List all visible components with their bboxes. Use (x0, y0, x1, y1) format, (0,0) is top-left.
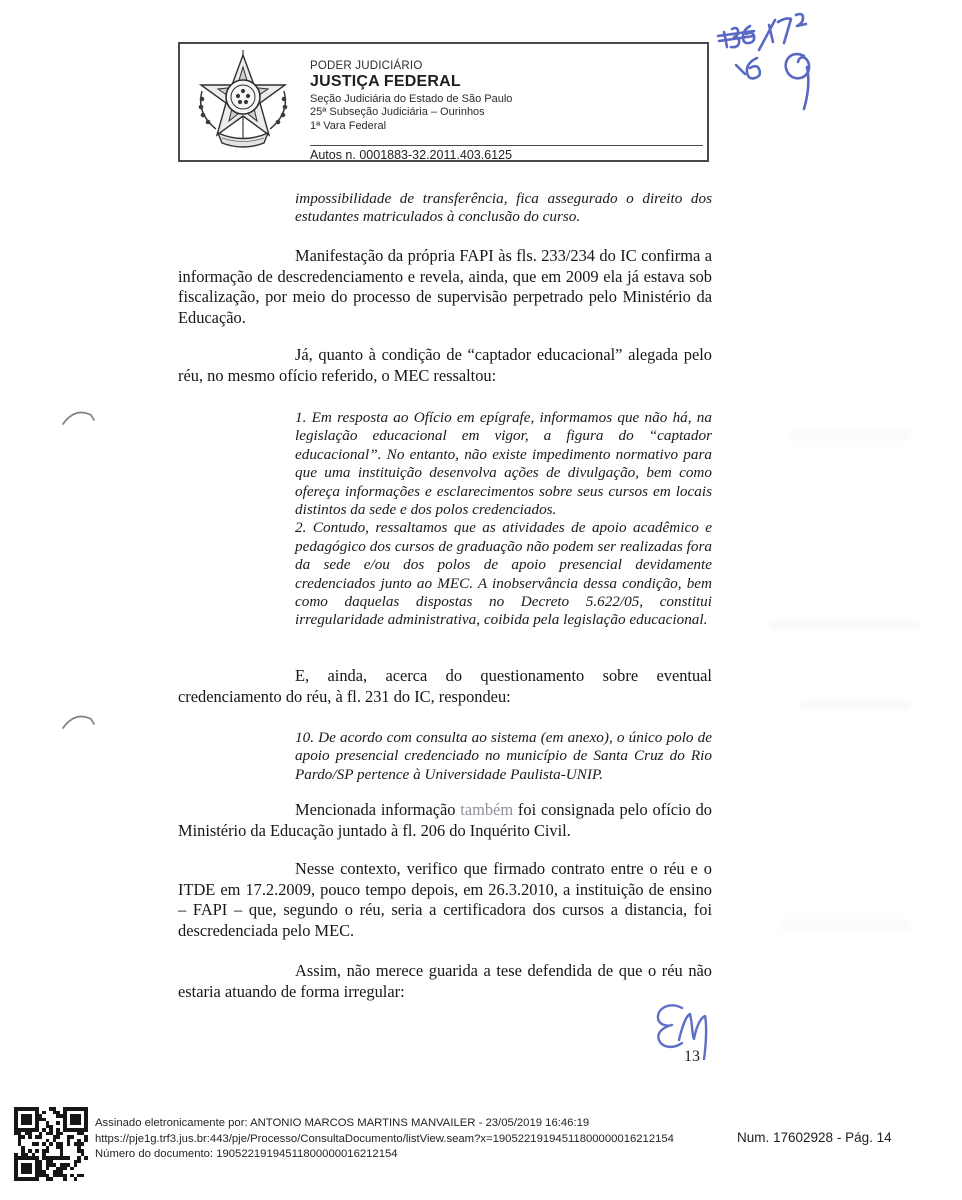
header-divider (310, 145, 703, 146)
qr-code (14, 1107, 88, 1181)
quote-item-2: 2. Contudo, ressaltamos que as atividade… (295, 519, 712, 629)
small-number-6 (736, 58, 760, 78)
paragraph-mencionada-faded-word: também (460, 800, 513, 819)
pencil-arc-mark (59, 707, 101, 737)
court-header: PODER JUDICIÁRIO JUSTIÇA FEDERAL Seção J… (178, 42, 709, 162)
case-number: Autos n. 0001883-32.2011.403.6125 (310, 148, 512, 162)
header-justica-federal: JUSTIÇA FEDERAL (310, 73, 701, 91)
bleed-through (780, 920, 910, 930)
verification-url: https://pje1g.trf3.jus.br:443/pje/Proces… (95, 1132, 715, 1148)
page-number: 13 (684, 1048, 700, 1066)
block-quote-mec-items: 1. Em resposta ao Ofício em epígrafe, in… (295, 409, 712, 630)
paragraph-questionamento: E, ainda, acerca do questionamento sobre… (178, 666, 712, 707)
struck-number-136 (718, 26, 754, 47)
rubric-loop (786, 54, 809, 109)
paragraph-contrato: Nesse contexto, verifico que firmado con… (178, 859, 712, 941)
signed-by-line: Assinado eletronicamente por: ANTONIO MA… (95, 1116, 715, 1132)
document-number-line: Número do documento: 1905221919451180000… (95, 1147, 715, 1163)
bleed-through (800, 700, 910, 710)
block-quote-item-10: 10. De acordo com consulta ao sistema (e… (295, 729, 712, 784)
pencil-arc-mark (59, 403, 101, 433)
header-vara: 1ª Vara Federal (310, 120, 701, 132)
handwritten-initials-em (646, 998, 720, 1060)
paragraph-manifestacao: Manifestação da própria FAPI às fls. 233… (178, 246, 712, 328)
paragraph-captador: Já, quanto à condição de “captador educa… (178, 345, 712, 386)
pje-page-reference: Num. 17602928 - Pág. 14 (737, 1130, 892, 1145)
bleed-through (790, 430, 910, 440)
brazil-coat-of-arms (188, 47, 298, 157)
block-quote-transfer: impossibilidade de transferência, fica a… (295, 190, 712, 227)
number-172 (759, 14, 806, 50)
header-subsecao: 25ª Subseção Judiciária – Ourinhos (310, 106, 701, 118)
header-poder-judiciario: PODER JUDICIÁRIO (310, 60, 701, 72)
bleed-through (770, 620, 920, 630)
scanned-document-page: PODER JUDICIÁRIO JUSTIÇA FEDERAL Seção J… (0, 0, 962, 1200)
paragraph-conclusao: Assim, não merece guarida a tese defendi… (178, 961, 712, 1002)
paragraph-mencionada-pre: Mencionada informação (295, 800, 460, 819)
handwritten-folio-annotation (712, 10, 838, 116)
signature-footer: Assinado eletronicamente por: ANTONIO MA… (95, 1116, 715, 1163)
header-secao-judiciaria: Seção Judiciária do Estado de São Paulo (310, 93, 701, 105)
paragraph-mencionada: Mencionada informação também foi consign… (178, 800, 712, 841)
quote-item-1: 1. Em resposta ao Ofício em epígrafe, in… (295, 409, 712, 519)
